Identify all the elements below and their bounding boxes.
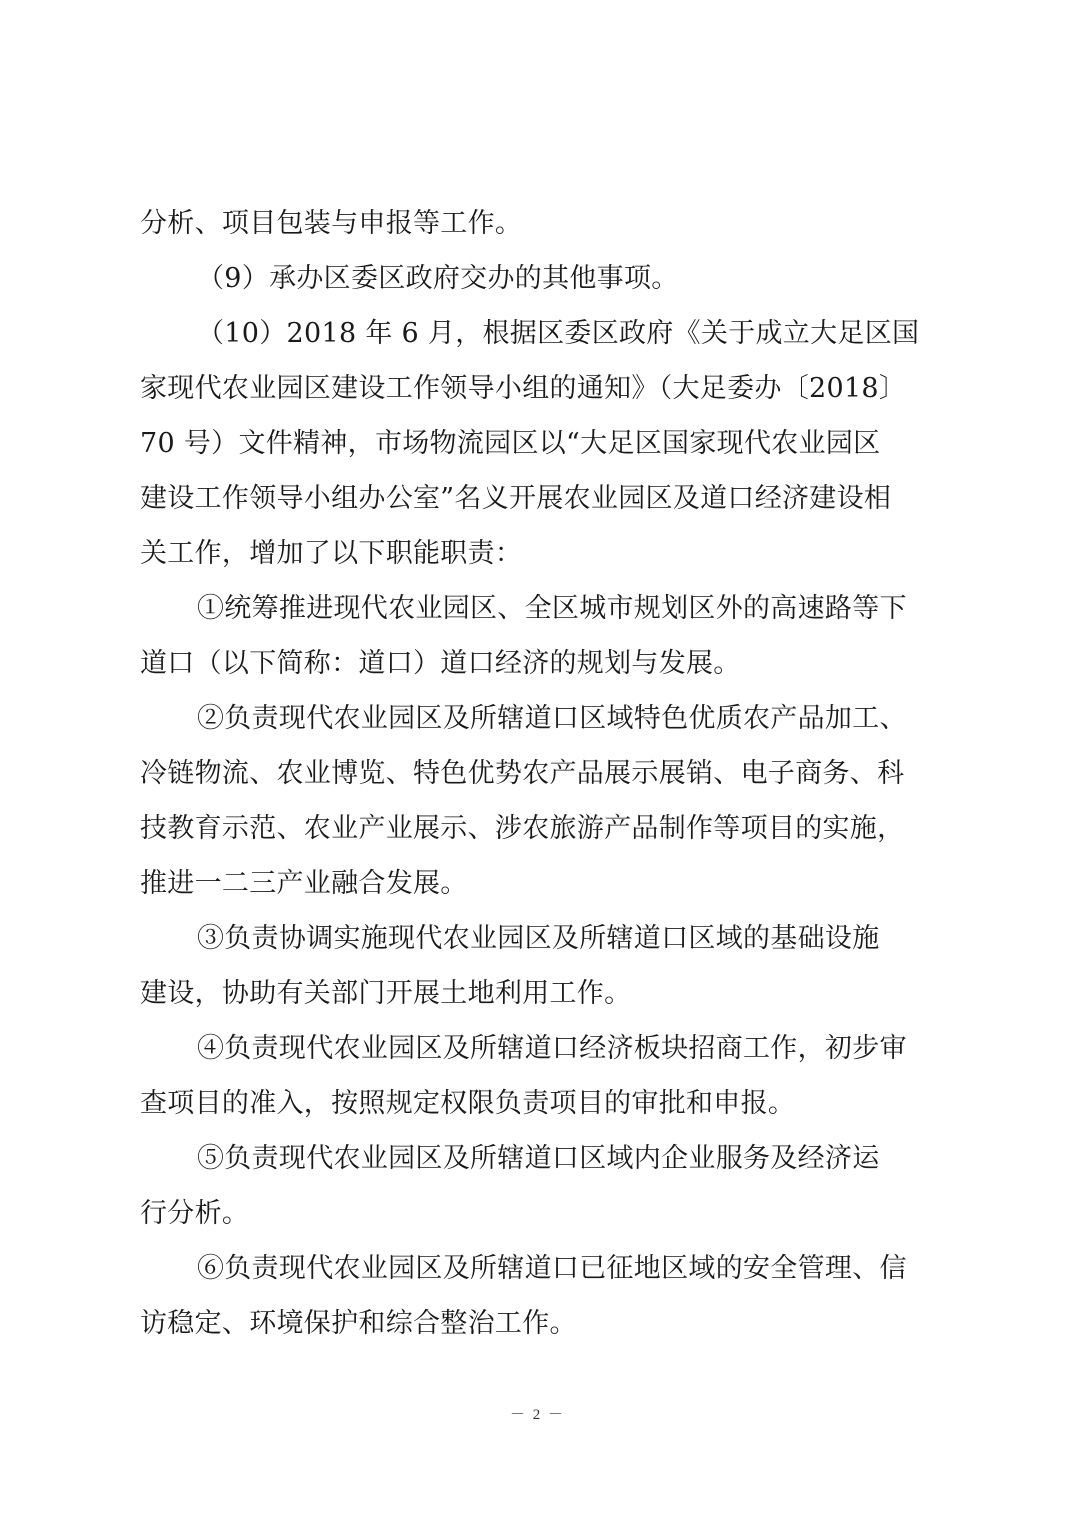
paragraph-duty-3: ③负责协调实施现代农业园区及所辖道口区域的基础设施 建设，协助有关部门开展土地利… bbox=[140, 911, 940, 1021]
text-line: ③负责协调实施现代农业园区及所辖道口区域的基础设施 bbox=[140, 911, 940, 966]
paragraph-continuation: 分析、项目包装与申报等工作。 bbox=[140, 196, 940, 251]
paragraph-duty-5: ⑤负责现代农业园区及所辖道口区域内企业服务及经济运 行分析。 bbox=[140, 1131, 940, 1241]
text-line: ①统筹推进现代农业园区、全区城市规划区外的高速路等下 bbox=[140, 581, 940, 636]
document-page: 分析、项目包装与申报等工作。 （9）承办区委区政府交办的其他事项。 （10）20… bbox=[0, 0, 1075, 1520]
text-line: ⑥负责现代农业园区及所辖道口已征地区域的安全管理、信 bbox=[140, 1241, 940, 1296]
text-line: ⑤负责现代农业园区及所辖道口区域内企业服务及经济运 bbox=[140, 1131, 940, 1186]
text-line: 访稳定、环境保护和综合整治工作。 bbox=[140, 1296, 940, 1351]
text-line: 关工作，增加了以下职能职责： bbox=[140, 526, 940, 581]
body-text: 分析、项目包装与申报等工作。 （9）承办区委区政府交办的其他事项。 （10）20… bbox=[140, 196, 940, 1351]
text-line: 分析、项目包装与申报等工作。 bbox=[140, 196, 940, 251]
paragraph-item-9: （9）承办区委区政府交办的其他事项。 bbox=[140, 251, 940, 306]
text-line: 道口（以下简称：道口）道口经济的规划与发展。 bbox=[140, 636, 940, 691]
text-line: 推进一二三产业融合发展。 bbox=[140, 856, 940, 911]
paragraph-item-10: （10）2018 年 6 月，根据区委区政府《关于成立大足区国 家现代农业园区建… bbox=[140, 306, 940, 581]
text-line: ②负责现代农业园区及所辖道口区域特色优质农产品加工、 bbox=[140, 691, 940, 746]
text-line: （10）2018 年 6 月，根据区委区政府《关于成立大足区国 bbox=[140, 306, 940, 361]
text-line: 建设，协助有关部门开展土地利用工作。 bbox=[140, 966, 940, 1021]
text-line: 家现代农业园区建设工作领导小组的通知》（大足委办〔2018〕 bbox=[140, 361, 940, 416]
text-line: 70 号）文件精神，市场物流园区以“大足区国家现代农业园区 bbox=[140, 416, 940, 471]
paragraph-duty-4: ④负责现代农业园区及所辖道口经济板块招商工作，初步审 查项目的准入，按照规定权限… bbox=[140, 1021, 940, 1131]
text-line: 技教育示范、农业产业展示、涉农旅游产品制作等项目的实施， bbox=[140, 801, 940, 856]
page-number: － 2 － bbox=[0, 1403, 1075, 1424]
paragraph-duty-2: ②负责现代农业园区及所辖道口区域特色优质农产品加工、 冷链物流、农业博览、特色优… bbox=[140, 691, 940, 911]
text-line: 查项目的准入，按照规定权限负责项目的审批和申报。 bbox=[140, 1076, 940, 1131]
text-line: 建设工作领导小组办公室”名义开展农业园区及道口经济建设相 bbox=[140, 471, 940, 526]
paragraph-duty-1: ①统筹推进现代农业园区、全区城市规划区外的高速路等下 道口（以下简称：道口）道口… bbox=[140, 581, 940, 691]
text-line: （9）承办区委区政府交办的其他事项。 bbox=[140, 251, 940, 306]
paragraph-duty-6: ⑥负责现代农业园区及所辖道口已征地区域的安全管理、信 访稳定、环境保护和综合整治… bbox=[140, 1241, 940, 1351]
text-line: 行分析。 bbox=[140, 1186, 940, 1241]
text-line: ④负责现代农业园区及所辖道口经济板块招商工作，初步审 bbox=[140, 1021, 940, 1076]
text-line: 冷链物流、农业博览、特色优势农产品展示展销、电子商务、科 bbox=[140, 746, 940, 801]
